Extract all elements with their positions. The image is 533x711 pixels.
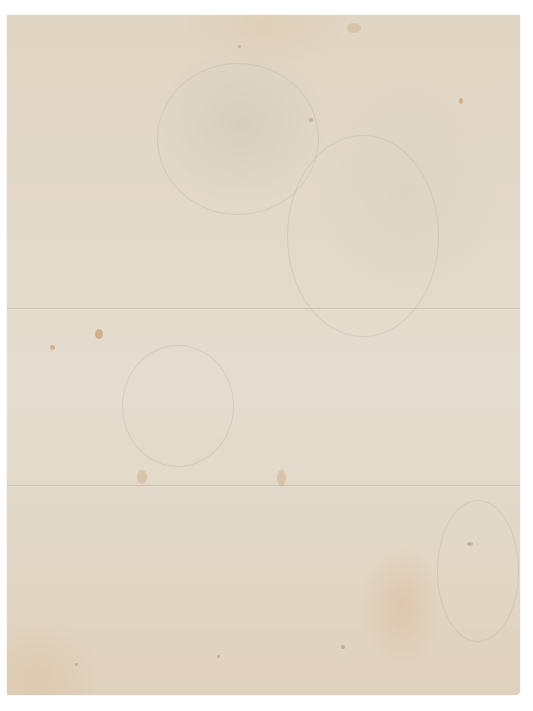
foxing-spot [50,345,55,350]
foxing-spot [238,45,241,48]
foxing-spot [95,329,103,339]
fold-line-upper [7,308,520,310]
foxing-spot [459,98,463,104]
foxing-spot [309,118,313,122]
foxing-spot [467,542,473,546]
foxing-spot [277,470,286,486]
show-through-arc-right [437,500,519,642]
foxing-spot [137,470,147,484]
show-through-arc-left [122,345,234,467]
foxing-spot [75,663,78,666]
foxing-spot [347,23,361,33]
fold-line-lower [7,485,520,487]
foxing-spot [217,655,220,658]
paper-sheet [7,15,520,695]
foxing-spot [341,645,345,649]
show-through-face [287,135,439,337]
